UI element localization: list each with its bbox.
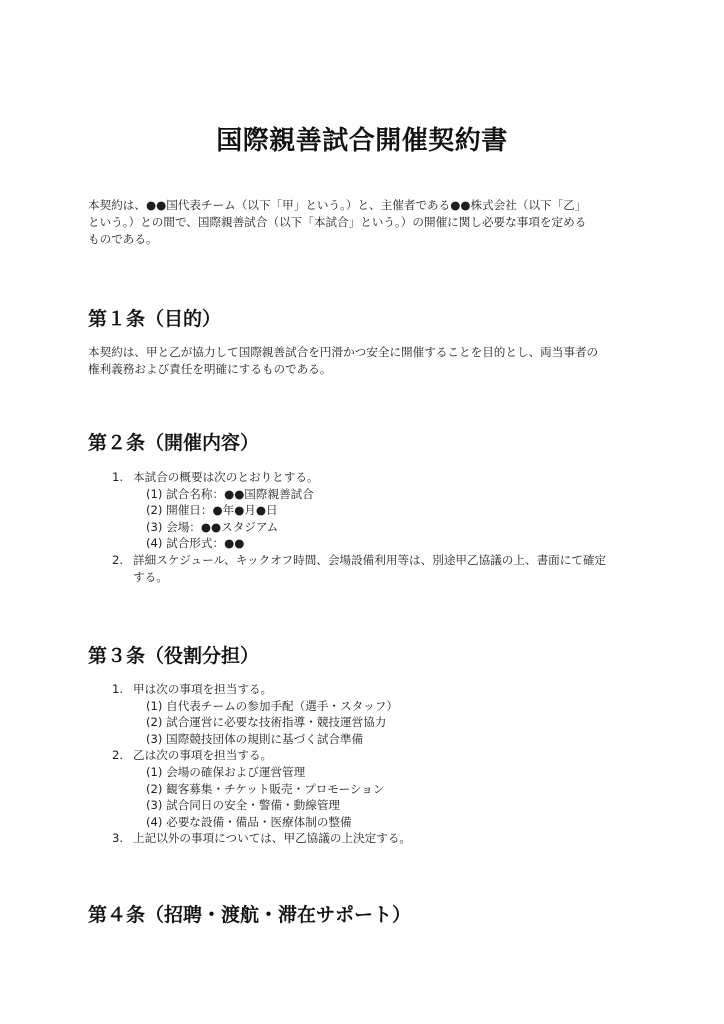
list-item: 2. 乙は次の事項を担当する。 (1) 会場の確保および運営管理 (2) 観客募…: [88, 747, 648, 830]
sub-list-item: (1) 自代表チームの参加手配（選手・スタッフ）: [146, 698, 648, 715]
list-item-text: する。: [133, 569, 648, 586]
list-item: 1. 甲は次の事項を担当する。 (1) 自代表チームの参加手配（選手・スタッフ）…: [88, 681, 648, 747]
sub-list-item: (2) 試合運営に必要な技術指導・競技運営協力: [146, 714, 648, 731]
list-item: 3. 上記以外の事項については、甲乙協議の上決定する。: [88, 830, 648, 847]
intro-line: ものである。: [88, 231, 643, 248]
list-item-number: 1.: [112, 469, 123, 486]
paragraph-line: 本契約は、甲と乙が協力して国際親善試合を円滑かつ安全に開催することを目的とし、両…: [88, 344, 643, 361]
document-title: 国際親善試合開催契約書: [0, 120, 724, 157]
list-item-text: 乙は次の事項を担当する。: [133, 747, 648, 764]
list-item-number: 2.: [112, 552, 123, 569]
intro-paragraph: 本契約は、●●国代表チーム（以下「甲」という。）と、主催者である●●株式会社（以…: [88, 197, 643, 248]
sub-list-item: (2) 開催日：●年●月●日: [146, 502, 648, 519]
sub-list-item: (4) 試合形式：●●: [146, 535, 648, 552]
list-item-text: 詳細スケジュール、キックオフ時間、会場設備利用等は、別途甲乙協議の上、書面にて確…: [133, 552, 648, 569]
list-item-number: 3.: [112, 830, 123, 847]
sub-list-item: (2) 観客募集・チケット販売・プロモーション: [146, 781, 648, 798]
sub-list-item: (3) 国際競技団体の規則に基づく試合準備: [146, 731, 648, 748]
sub-list: (1) 会場の確保および運営管理 (2) 観客募集・チケット販売・プロモーション…: [133, 764, 648, 830]
sub-list-item: (4) 必要な設備・備品・医療体制の整備: [146, 814, 648, 831]
sub-list-item: (1) 試合名称：●●国際親善試合: [146, 486, 648, 503]
article-1-paragraph: 本契約は、甲と乙が協力して国際親善試合を円滑かつ安全に開催することを目的とし、両…: [88, 344, 643, 378]
article-3-list: 1. 甲は次の事項を担当する。 (1) 自代表チームの参加手配（選手・スタッフ）…: [88, 681, 648, 847]
article-4-heading: 第４条（招聘・渡航・滞在サポート）: [88, 900, 411, 927]
article-3-heading: 第３条（役割分担）: [88, 641, 259, 668]
article-2-heading: 第２条（開催内容）: [88, 428, 259, 455]
article-2-list: 1. 本試合の概要は次のとおりとする。 (1) 試合名称：●●国際親善試合 (2…: [88, 469, 648, 585]
list-item: 2. 詳細スケジュール、キックオフ時間、会場設備利用等は、別途甲乙協議の上、書面…: [88, 552, 648, 585]
list-item-number: 2.: [112, 747, 123, 764]
sub-list-item: (3) 試合同日の安全・警備・動線管理: [146, 797, 648, 814]
list-item-text: 甲は次の事項を担当する。: [133, 681, 648, 698]
sub-list-item: (1) 会場の確保および運営管理: [146, 764, 648, 781]
sub-list: (1) 自代表チームの参加手配（選手・スタッフ） (2) 試合運営に必要な技術指…: [133, 698, 648, 748]
intro-line: という。）との間で、国際親善試合（以下「本試合」という。）の開催に関し必要な事項…: [88, 214, 643, 231]
sub-list: (1) 試合名称：●●国際親善試合 (2) 開催日：●年●月●日 (3) 会場：…: [133, 486, 648, 552]
article-1-heading: 第１条（目的）: [88, 304, 221, 331]
intro-line: 本契約は、●●国代表チーム（以下「甲」という。）と、主催者である●●株式会社（以…: [88, 197, 643, 214]
paragraph-line: 権利義務および責任を明確にするものである。: [88, 361, 643, 378]
document-page: 国際親善試合開催契約書 本契約は、●●国代表チーム（以下「甲」という。）と、主催…: [0, 0, 724, 1024]
list-item-text: 上記以外の事項については、甲乙協議の上決定する。: [133, 830, 648, 847]
sub-list-item: (3) 会場：●●スタジアム: [146, 519, 648, 536]
list-item: 1. 本試合の概要は次のとおりとする。 (1) 試合名称：●●国際親善試合 (2…: [88, 469, 648, 552]
list-item-text: 本試合の概要は次のとおりとする。: [133, 469, 648, 486]
list-item-number: 1.: [112, 681, 123, 698]
